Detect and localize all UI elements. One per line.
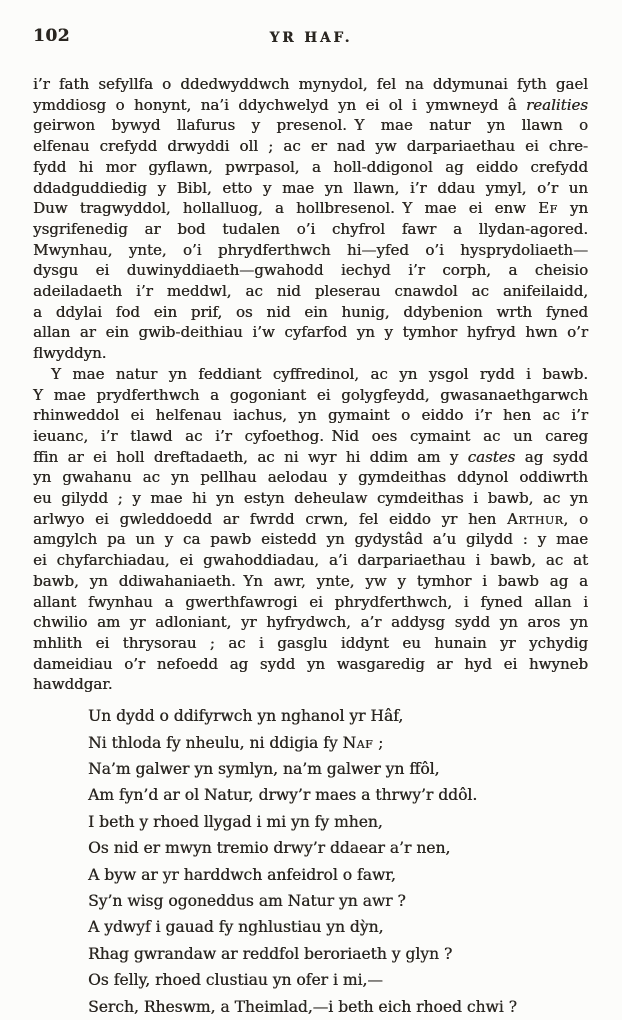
text-segment: ieuanc, i’r tlawd ac i’r cyfoethog. Nid … bbox=[33, 427, 588, 445]
prose-line: eu gilydd ; y mae hi yn estyn deheulaw c… bbox=[33, 488, 588, 509]
prose-line: ei chyfarchiadau, ei gwahoddiadau, a’i d… bbox=[33, 550, 588, 571]
prose-line: bawb, yn ddiwahaniaeth. Yn awr, ynte, yw… bbox=[33, 571, 588, 592]
poem-line: Na’m galwer yn symlyn, na’m galwer yn ff… bbox=[88, 756, 622, 782]
text-segment: dameidiau o’r nefoedd ag sydd yn wasgare… bbox=[33, 655, 588, 673]
text-segment: i’r fath sefyllfa o ddedwyddwch mynydol,… bbox=[33, 75, 588, 93]
text-segment: allant fwynhau a gwerthfawrogi ei phrydf… bbox=[33, 593, 588, 611]
page-header: 102 YR HAF. bbox=[0, 0, 622, 52]
prose-line: amgylch pa un y ca pawb eistedd yn gydys… bbox=[33, 529, 588, 550]
text-segment: allan ar ein gwib-deithiau i’w cyfarfod … bbox=[33, 323, 588, 341]
text-segment: Rhag gwrandaw ar reddfol beroriaeth y gl… bbox=[88, 945, 452, 963]
text-segment: amgylch pa un y ca pawb eistedd yn gydys… bbox=[33, 530, 588, 548]
prose-line: elfenau crefydd drwyddi oll ; ac er nad … bbox=[33, 136, 588, 157]
prose-line: chwilio am yr adloniant, yr hyfrydwch, a… bbox=[33, 612, 588, 633]
prose-line: rhinweddol ei helfenau iachus, yn gymain… bbox=[33, 405, 588, 426]
text-segment-italic: castes bbox=[468, 448, 516, 466]
text-segment: Os nid er mwyn tremio drwy’r ddaear a’r … bbox=[88, 839, 450, 857]
prose-line: Y mae natur yn feddiant cyffredinol, ac … bbox=[33, 364, 588, 385]
text-segment: adeiladaeth i’r meddwl, ac nid pleserau … bbox=[33, 282, 588, 300]
text-segment: dysgu ei duwinyddiaeth—gwahodd iechyd i’… bbox=[33, 261, 588, 279]
prose-line: ieuanc, i’r tlawd ac i’r cyfoethog. Nid … bbox=[33, 426, 588, 447]
poem-line: I beth y rhoed llygad i mi yn fy mhen, bbox=[88, 809, 622, 835]
text-segment: ddadguddiedig y Bibl, etto y mae yn llaw… bbox=[33, 179, 588, 197]
text-segment: ysgrifenedig ar bod tudalen o’i chyfrol … bbox=[33, 220, 588, 238]
text-segment: rhinweddol ei helfenau iachus, yn gymain… bbox=[33, 406, 588, 424]
prose-line: adeiladaeth i’r meddwl, ac nid pleserau … bbox=[33, 281, 588, 302]
text-segment: Duw tragwyddol, hollalluog, a hollbresen… bbox=[33, 199, 538, 217]
text-segment: bawb, yn ddiwahaniaeth. Yn awr, ynte, yw… bbox=[33, 572, 588, 590]
poem-line: Ni thloda fy nheulu, ni ddigia fy Naf ; bbox=[88, 730, 622, 756]
prose-line: allan ar ein gwib-deithiau i’w cyfarfod … bbox=[33, 322, 588, 343]
text-segment: ymddiosg o honynt, na’i ddychwelyd yn ei… bbox=[33, 96, 526, 114]
prose-line: flwyddyn. bbox=[33, 343, 588, 364]
prose-line: ffin ar ei holl dreftadaeth, ac ni wyr h… bbox=[33, 447, 588, 468]
text-segment: fydd hi mor gyflawn, pwrpasol, a holl-dd… bbox=[33, 158, 588, 176]
prose-line: fydd hi mor gyflawn, pwrpasol, a holl-dd… bbox=[33, 157, 588, 178]
text-segment: yn gwahanu ac yn pellhau aelodau y gymde… bbox=[33, 468, 588, 486]
prose-line: hawddgar. bbox=[33, 674, 588, 695]
poem: Un dydd o ddifyrwch yn nghanol yr Hâf,Ni… bbox=[88, 703, 622, 1020]
poem-line: Os felly, rhoed clustiau yn ofer i mi,— bbox=[88, 967, 622, 993]
poem-line: Un dydd o ddifyrwch yn nghanol yr Hâf, bbox=[88, 703, 622, 729]
poem-line: Rhag gwrandaw ar reddfol beroriaeth y gl… bbox=[88, 941, 622, 967]
text-segment: ; bbox=[373, 734, 383, 752]
text-segment: A ydwyf i gauad fy nghlustiau yn dỳn, bbox=[88, 918, 383, 936]
text-segment: Am fyn’d ar ol Natur, drwy’r maes a thrw… bbox=[88, 786, 477, 804]
poem-line: Serch, Rheswm, a Theimlad,—i beth eich r… bbox=[88, 994, 622, 1020]
text-segment-smallcaps: Ef bbox=[538, 199, 558, 217]
text-segment: Y mae prydferthwch a gogoniant ei golygf… bbox=[33, 386, 588, 404]
poem-line: A ydwyf i gauad fy nghlustiau yn dỳn, bbox=[88, 914, 622, 940]
text-segment: Serch, Rheswm, a Theimlad,—i beth eich r… bbox=[88, 998, 517, 1016]
prose-line: a ddylai fod ein prif, os nid ein hunig,… bbox=[33, 302, 588, 323]
prose-line: Mwynhau, ynte, o’i phrydferthwch hi—yfed… bbox=[33, 240, 588, 261]
text-segment: eu gilydd ; y mae hi yn estyn deheulaw c… bbox=[33, 489, 588, 507]
prose: i’r fath sefyllfa o ddedwyddwch mynydol,… bbox=[33, 74, 588, 695]
text-segment: , o bbox=[563, 510, 588, 528]
prose-line: dysgu ei duwinyddiaeth—gwahodd iechyd i’… bbox=[33, 260, 588, 281]
text-segment: hawddgar. bbox=[33, 675, 112, 693]
prose-line: i’r fath sefyllfa o ddedwyddwch mynydol,… bbox=[33, 74, 588, 95]
prose-line: mhlith ei thrysorau ; ac i gasglu iddynt… bbox=[33, 633, 588, 654]
prose-line: Y mae prydferthwch a gogoniant ei golygf… bbox=[33, 385, 588, 406]
text-segment: Mwynhau, ynte, o’i phrydferthwch hi—yfed… bbox=[33, 241, 588, 259]
text-segment: Sy’n wisg ogoneddus am Natur yn awr ? bbox=[88, 892, 406, 910]
text-segment: elfenau crefydd drwyddi oll ; ac er nad … bbox=[33, 137, 588, 155]
text-segment: a ddylai fod ein prif, os nid ein hunig,… bbox=[33, 303, 588, 321]
text-segment: I beth y rhoed llygad i mi yn fy mhen, bbox=[88, 813, 383, 831]
text-segment-italic: realities bbox=[526, 96, 588, 114]
text-segment: yn bbox=[558, 199, 588, 217]
poem-line: Am fyn’d ar ol Natur, drwy’r maes a thrw… bbox=[88, 782, 622, 808]
text-segment: chwilio am yr adloniant, yr hyfrydwch, a… bbox=[33, 613, 588, 631]
text-segment: ag sydd bbox=[515, 448, 588, 466]
text-segment: arlwyo ei gwleddoedd ar fwrdd crwn, fel … bbox=[33, 510, 507, 528]
text-segment: flwyddyn. bbox=[33, 344, 106, 362]
text-segment: mhlith ei thrysorau ; ac i gasglu iddynt… bbox=[33, 634, 588, 652]
book-page: 102 YR HAF. i’r fath sefyllfa o ddedwydd… bbox=[0, 0, 622, 1020]
prose-line: yn gwahanu ac yn pellhau aelodau y gymde… bbox=[33, 467, 588, 488]
text-segment: Y mae natur yn feddiant cyffredinol, ac … bbox=[51, 365, 588, 383]
prose-line: ymddiosg o honynt, na’i ddychwelyd yn ei… bbox=[33, 95, 588, 116]
text-segment: Un dydd o ddifyrwch yn nghanol yr Hâf, bbox=[88, 707, 403, 725]
poem-line: A byw ar yr harddwch anfeidrol o fawr, bbox=[88, 862, 622, 888]
prose-line: Duw tragwyddol, hollalluog, a hollbresen… bbox=[33, 198, 588, 219]
prose-line: dameidiau o’r nefoedd ag sydd yn wasgare… bbox=[33, 654, 588, 675]
text-segment-smallcaps: Naf bbox=[343, 734, 374, 752]
prose-line: arlwyo ei gwleddoedd ar fwrdd crwn, fel … bbox=[33, 509, 588, 530]
poem-line: Sy’n wisg ogoneddus am Natur yn awr ? bbox=[88, 888, 622, 914]
prose-line: ddadguddiedig y Bibl, etto y mae yn llaw… bbox=[33, 178, 588, 199]
text-segment: geirwon bywyd llafurus y presenol. Y mae… bbox=[33, 116, 588, 134]
text-segment: Ni thloda fy nheulu, ni ddigia fy bbox=[88, 734, 343, 752]
text-segment: A byw ar yr harddwch anfeidrol o fawr, bbox=[88, 866, 396, 884]
prose-line: geirwon bywyd llafurus y presenol. Y mae… bbox=[33, 115, 588, 136]
text-segment: ei chyfarchiadau, ei gwahoddiadau, a’i d… bbox=[33, 551, 588, 569]
prose-line: allant fwynhau a gwerthfawrogi ei phrydf… bbox=[33, 592, 588, 613]
running-title: YR HAF. bbox=[0, 30, 622, 46]
text-segment: ffin ar ei holl dreftadaeth, ac ni wyr h… bbox=[33, 448, 468, 466]
text-segment: Os felly, rhoed clustiau yn ofer i mi,— bbox=[88, 971, 383, 989]
text-segment-smallcaps: Arthur bbox=[507, 510, 563, 528]
text-segment: Na’m galwer yn symlyn, na’m galwer yn ff… bbox=[88, 760, 439, 778]
poem-line: Os nid er mwyn tremio drwy’r ddaear a’r … bbox=[88, 835, 622, 861]
prose-line: ysgrifenedig ar bod tudalen o’i chyfrol … bbox=[33, 219, 588, 240]
